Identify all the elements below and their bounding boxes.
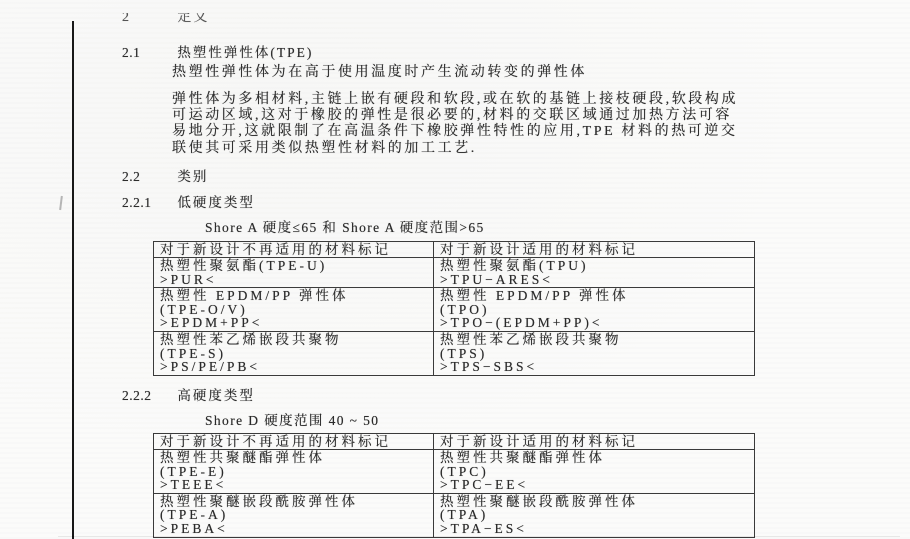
- cell-line: >TPA−ES<: [440, 522, 749, 536]
- high-hardness-material-table: 对于新设计不再适用的材料标记 对于新设计适用的材料标记 热塑性共聚醚酯弹性体 (…: [153, 433, 755, 538]
- table-cell: 热塑性 EPDM/PP 弹性体 (TPO) >TPO−(EPDM+PP)<: [434, 288, 755, 332]
- cell-line: >TPO−(EPDM+PP)<: [440, 316, 749, 330]
- table-row: 热塑性共聚醚酯弹性体 (TPE-E) >TEEE< 热塑性共聚醚酯弹性体 (TP…: [154, 450, 755, 494]
- cell-line: 热塑性 EPDM/PP 弹性体: [160, 289, 428, 303]
- cell-line: 热塑性聚醚嵌段酰胺弹性体: [440, 495, 749, 509]
- cell-line: (TPE-O/V): [160, 303, 428, 317]
- cell-line: 热塑性苯乙烯嵌段共聚物: [160, 333, 428, 347]
- section-heading-2-2-2: 2.2.2 高硬度类型: [122, 384, 255, 404]
- cell-line: 热塑性共聚醚酯弹性体: [160, 451, 428, 465]
- section-heading-2-1: 2.1 热塑性弹性体(TPE): [122, 41, 313, 61]
- section-heading-2-2: 2.2 类别: [122, 165, 208, 185]
- table-row: 热塑性苯乙烯嵌段共聚物 (TPE-S) >PS/PE/PB< 热塑性苯乙烯嵌段共…: [154, 331, 755, 375]
- table-header-row: 对于新设计不再适用的材料标记 对于新设计适用的材料标记: [154, 242, 755, 258]
- cell-line: (TPE-A): [160, 508, 428, 522]
- table-header-cell-current: 对于新设计适用的材料标记: [434, 434, 755, 450]
- table-cell: 热塑性聚氨酯(TPE-U) >PUR<: [154, 258, 434, 288]
- scan-spine-line: [72, 21, 74, 539]
- scan-bottom-edge: [58, 536, 900, 537]
- cropped-section-heading: 2 定义: [122, 13, 362, 26]
- paragraph-line: 联使其可采用类似热塑性材料的加工工艺.: [172, 141, 738, 157]
- section-number: 2: [122, 13, 172, 26]
- cell-line: (TPE-E): [160, 465, 428, 479]
- table-header-row: 对于新设计不再适用的材料标记 对于新设计适用的材料标记: [154, 434, 755, 450]
- cell-line: >PS/PE/PB<: [160, 360, 428, 374]
- scan-smudge-mark: [59, 196, 63, 210]
- shore-a-hardness-line: Shore A 硬度≤65 和 Shore A 硬度范围>65: [205, 216, 485, 236]
- section-title: 定义: [178, 13, 210, 25]
- cell-line: >EPDM+PP<: [160, 316, 428, 330]
- cell-line: >PUR<: [160, 273, 428, 287]
- definition-sentence: 热塑性弹性体为在高于使用温度时产生流动转变的弹性体: [172, 65, 587, 81]
- cell-line: (TPE-S): [160, 347, 428, 361]
- table-row: 热塑性聚醚嵌段酰胺弹性体 (TPE-A) >PEBA< 热塑性聚醚嵌段酰胺弹性体…: [154, 493, 755, 537]
- table-header-cell-obsolete: 对于新设计不再适用的材料标记: [154, 434, 434, 450]
- cell-line: 热塑性共聚醚酯弹性体: [440, 451, 749, 465]
- table-cell: 热塑性共聚醚酯弹性体 (TPE-E) >TEEE<: [154, 450, 434, 494]
- cell-line: 热塑性聚醚嵌段酰胺弹性体: [160, 495, 428, 509]
- cell-line: 热塑性聚氨酯(TPU): [440, 259, 749, 273]
- elastomer-description-paragraph: 弹性体为多相材料,主链上嵌有硬段和软段,或在软的基链上接枝硬段,软段构成 可运动…: [172, 92, 738, 157]
- cell-line: >TPS−SBS<: [440, 360, 749, 374]
- cell-line: >TEEE<: [160, 478, 428, 492]
- table-cell: 热塑性苯乙烯嵌段共聚物 (TPE-S) >PS/PE/PB<: [154, 331, 434, 375]
- table-cell: 热塑性聚氨酯(TPU) >TPU−ARES<: [434, 258, 755, 288]
- cell-line: 热塑性苯乙烯嵌段共聚物: [440, 333, 749, 347]
- table-header-cell-obsolete: 对于新设计不再适用的材料标记: [154, 242, 434, 258]
- section-number: 2.2.1: [122, 195, 172, 211]
- table-row: 热塑性聚氨酯(TPE-U) >PUR< 热塑性聚氨酯(TPU) >TPU−ARE…: [154, 258, 755, 288]
- section-title: 低硬度类型: [177, 195, 255, 210]
- cell-line: >PEBA<: [160, 522, 428, 536]
- cell-line: 热塑性聚氨酯(TPE-U): [160, 259, 428, 273]
- scanned-document-page: { "page": { "top_line": { "number": "2",…: [0, 0, 910, 539]
- table-cell: 热塑性共聚醚酯弹性体 (TPC) >TPC−EE<: [434, 450, 755, 494]
- section-title: 高硬度类型: [177, 388, 255, 403]
- paragraph-line: 弹性体为多相材料,主链上嵌有硬段和软段,或在软的基链上接枝硬段,软段构成: [172, 92, 738, 108]
- cell-line: >TPC−EE<: [440, 478, 749, 492]
- cell-line: (TPO): [440, 303, 749, 317]
- cell-line: >TPU−ARES<: [440, 273, 749, 287]
- section-number: 2.1: [122, 45, 172, 61]
- paragraph-line: 可运动区域,这对于橡胶的弹性是很必要的,材料的交联区域通过加热方法可容: [172, 108, 738, 124]
- section-number: 2.2.2: [122, 388, 172, 404]
- cell-line: (TPC): [440, 465, 749, 479]
- section-number: 2.2: [122, 169, 172, 185]
- cell-line: 热塑性 EPDM/PP 弹性体: [440, 289, 749, 303]
- low-hardness-material-table: 对于新设计不再适用的材料标记 对于新设计适用的材料标记 热塑性聚氨酯(TPE-U…: [153, 241, 755, 376]
- table-cell: 热塑性苯乙烯嵌段共聚物 (TPS) >TPS−SBS<: [434, 331, 755, 375]
- shore-d-hardness-line: Shore D 硬度范围 40 ~ 50: [205, 409, 379, 429]
- table-cell: 热塑性聚醚嵌段酰胺弹性体 (TPE-A) >PEBA<: [154, 493, 434, 537]
- section-heading-2-2-1: 2.2.1 低硬度类型: [122, 191, 255, 211]
- cell-line: (TPA): [440, 508, 749, 522]
- section-title: 类别: [177, 169, 208, 184]
- table-row: 热塑性 EPDM/PP 弹性体 (TPE-O/V) >EPDM+PP< 热塑性 …: [154, 288, 755, 332]
- table-cell: 热塑性 EPDM/PP 弹性体 (TPE-O/V) >EPDM+PP<: [154, 288, 434, 332]
- paragraph-line: 易地分开,这就限制了在高温条件下橡胶弹性特性的应用,TPE 材料的热可逆交: [172, 124, 738, 140]
- table-cell: 热塑性聚醚嵌段酰胺弹性体 (TPA) >TPA−ES<: [434, 493, 755, 537]
- cell-line: (TPS): [440, 347, 749, 361]
- table-header-cell-current: 对于新设计适用的材料标记: [434, 242, 755, 258]
- section-title: 热塑性弹性体(TPE): [177, 45, 313, 60]
